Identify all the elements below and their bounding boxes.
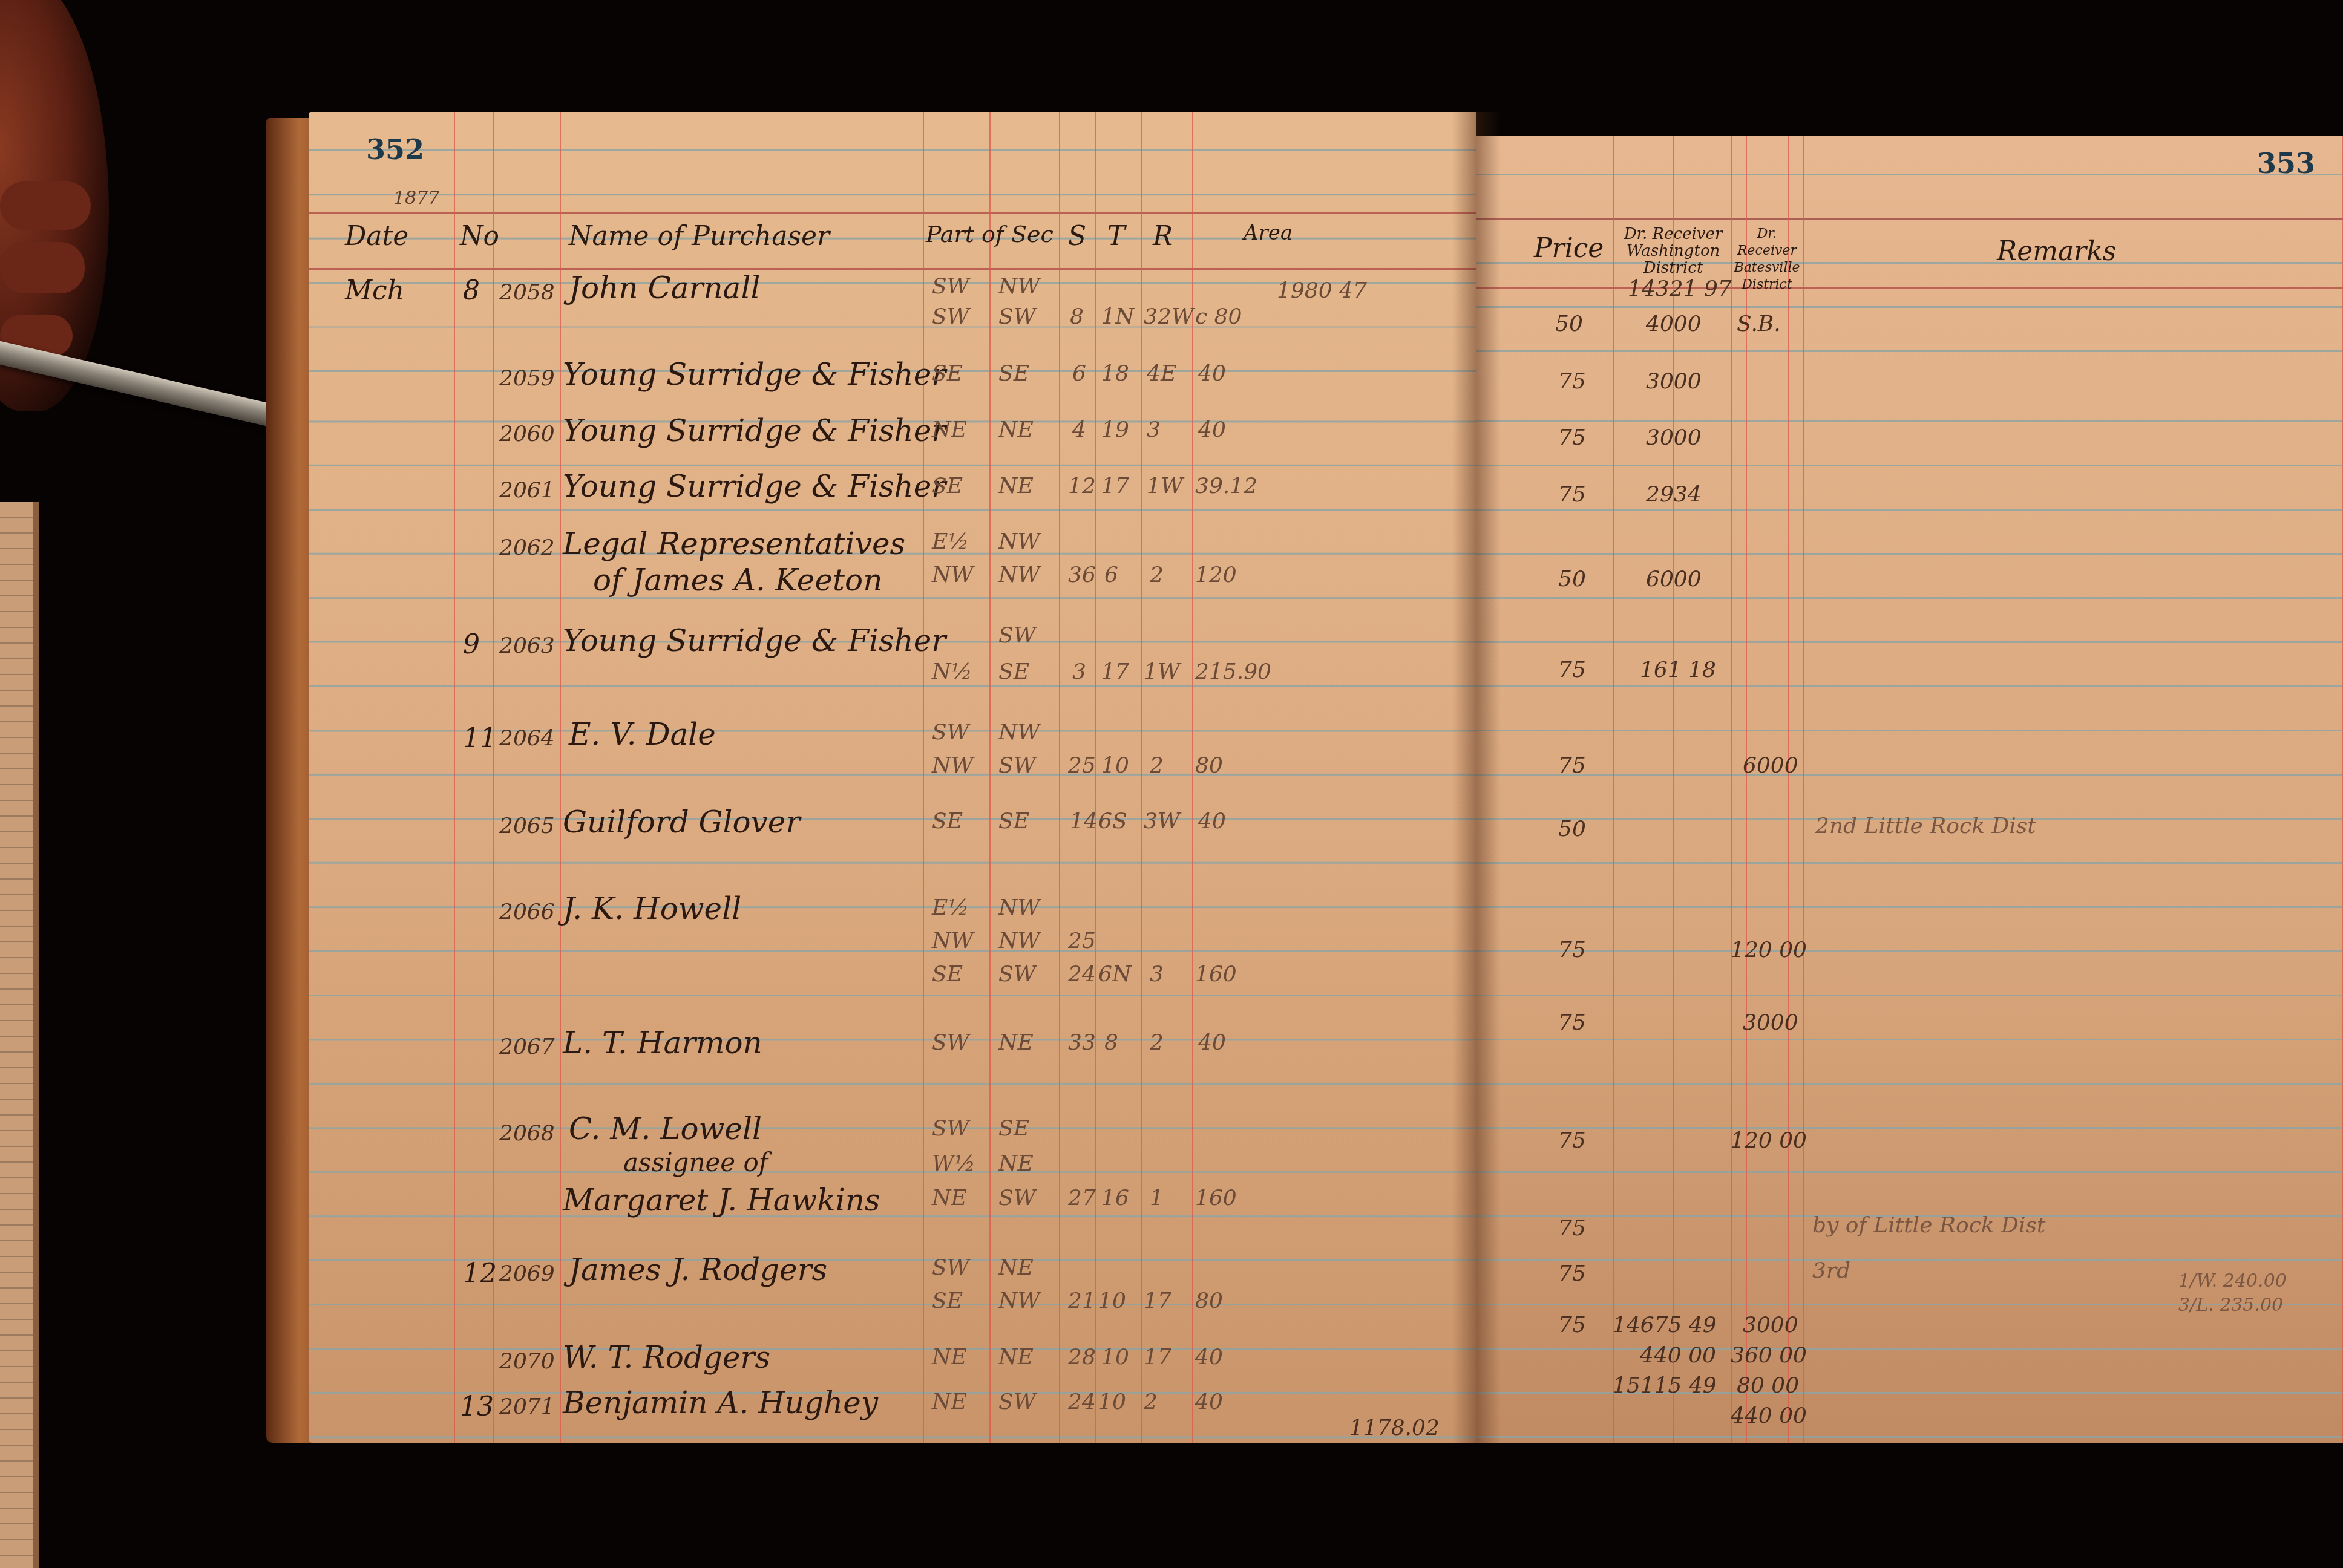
- header-no: No: [460, 221, 499, 252]
- part-quarter: NE: [932, 1186, 967, 1210]
- entry-number: 2060: [499, 422, 555, 446]
- township: 17: [1101, 659, 1129, 684]
- price: 75: [1558, 938, 1586, 962]
- entry-number: 2059: [499, 366, 555, 391]
- range: 2: [1144, 1390, 1158, 1414]
- batesville-amount: 6000: [1743, 753, 1798, 778]
- purchaser-name: E. V. Dale: [569, 717, 716, 752]
- washington-amount: 6000: [1646, 567, 1702, 592]
- entry-day: 9: [463, 629, 480, 660]
- section: 4: [1072, 417, 1086, 442]
- area: 40: [1198, 809, 1226, 834]
- washington-amount: 14321 97: [1628, 276, 1732, 301]
- entry-number: 2070: [499, 1349, 555, 1374]
- range: 2: [1150, 563, 1164, 587]
- right-page: 353 Price Dr. Receiver Washington Distri…: [1476, 136, 2343, 1443]
- purchaser-name: Benjamin A. Hughey: [563, 1385, 878, 1420]
- entry-day: 8: [463, 275, 480, 306]
- township: 6N: [1098, 962, 1131, 987]
- column-rule: [560, 112, 561, 1443]
- price: 50: [1558, 817, 1586, 841]
- part-quarter: SW: [932, 1030, 969, 1055]
- township: 8: [1104, 1030, 1118, 1055]
- area: 40: [1198, 417, 1226, 442]
- finger: [0, 181, 91, 230]
- part-of-section: SE: [998, 1116, 1029, 1141]
- header-area: Area: [1244, 221, 1293, 245]
- part-quarter: SW: [932, 304, 969, 329]
- part-quarter: E½: [932, 529, 969, 554]
- range: 1W: [1144, 659, 1180, 684]
- column-rule: [1788, 136, 1789, 1443]
- column-rule: [454, 112, 455, 1443]
- range: 4E: [1147, 361, 1176, 386]
- part-quarter: SE: [932, 962, 963, 987]
- column-rule: [923, 112, 924, 1443]
- entry-day: 13: [460, 1391, 494, 1422]
- area: 160: [1195, 1186, 1237, 1210]
- washington-amount: 4000: [1646, 312, 1702, 336]
- header-rule-bottom: [309, 268, 1476, 270]
- purchaser-name: W. T. Rodgers: [563, 1340, 770, 1375]
- remark-text: by of Little Rock Dist: [1812, 1213, 2045, 1238]
- part-quarter: SW: [932, 1116, 969, 1141]
- part-quarter: NE: [932, 1345, 967, 1370]
- column-rule: [1613, 136, 1614, 1443]
- range: 1W: [1147, 474, 1183, 498]
- column-rule: [1803, 136, 1804, 1443]
- part-quarter: SW: [932, 720, 969, 745]
- header-section: S: [1068, 221, 1086, 252]
- township: 16: [1101, 1186, 1129, 1210]
- price: 75: [1558, 753, 1586, 778]
- township: 10: [1101, 1345, 1129, 1370]
- page-number: 352: [366, 133, 424, 166]
- section: 33: [1068, 1030, 1096, 1055]
- header-township: T: [1107, 221, 1125, 252]
- part-of-section: SE: [998, 659, 1029, 684]
- part-of-section: NE: [998, 1255, 1034, 1280]
- purchaser-name-line3: Margaret J. Hawkins: [563, 1183, 880, 1218]
- purchaser-name: C. M. Lowell: [569, 1111, 762, 1146]
- township: 6S: [1098, 809, 1127, 834]
- part-quarter: SE: [932, 809, 963, 834]
- part-of-section: NE: [998, 1345, 1034, 1370]
- batesville-amount: 3000: [1743, 1010, 1798, 1035]
- township: 18: [1101, 361, 1129, 386]
- price: 50: [1558, 567, 1586, 592]
- area-running-total: 1980 47: [1277, 278, 1367, 303]
- price: 75: [1558, 369, 1586, 394]
- part-of-section: NW: [998, 929, 1040, 953]
- purchaser-name-line2: of James A. Keeton: [593, 563, 882, 598]
- township: 17: [1101, 474, 1129, 498]
- area: 40: [1198, 361, 1226, 386]
- part-quarter: SE: [932, 361, 963, 386]
- entry-day: 11: [463, 723, 497, 754]
- area: 40: [1195, 1390, 1223, 1414]
- area: 80: [1195, 753, 1223, 778]
- purchaser-name: Young Surridge & Fisher: [563, 623, 946, 658]
- batesville-amount: 120 00: [1731, 1128, 1807, 1153]
- range: 3: [1147, 417, 1161, 442]
- header-washington-district: Dr. Receiver Washington District: [1613, 226, 1734, 276]
- part-quarter: NW: [932, 929, 974, 953]
- part-quarter: NE: [932, 417, 967, 442]
- section: 24: [1068, 962, 1096, 987]
- purchaser-name: Legal Representatives: [563, 526, 905, 561]
- area: 160: [1195, 962, 1237, 987]
- area: 215.90: [1195, 659, 1271, 684]
- area: 120: [1195, 563, 1237, 587]
- entry-number: 2065: [499, 814, 555, 838]
- township: 1N: [1101, 304, 1134, 329]
- part-of-section: SE: [998, 809, 1029, 834]
- part-of-section: NE: [998, 417, 1034, 442]
- price: 75: [1558, 425, 1586, 450]
- part-quarter: SW: [932, 274, 969, 299]
- assignee-of-label: assignee of: [623, 1148, 768, 1177]
- range: 32W: [1144, 304, 1194, 329]
- margin-note: 1/W. 240.00: [2178, 1270, 2287, 1292]
- purchaser-name: Young Surridge & Fisher: [563, 413, 946, 448]
- part-quarter: SE: [932, 1289, 963, 1313]
- area: 40: [1195, 1345, 1223, 1370]
- ruled-lines: [309, 112, 1476, 1443]
- washington-amount: 161 18: [1640, 658, 1716, 682]
- entry-number: 2067: [499, 1034, 555, 1059]
- section: 24: [1068, 1390, 1096, 1414]
- washington-subtotal: 440 00: [1640, 1343, 1716, 1368]
- header-name: Name of Purchaser: [569, 221, 830, 252]
- purchaser-name: Young Surridge & Fisher: [563, 469, 946, 504]
- column-rule: [1141, 112, 1142, 1443]
- open-ledger: 352 1877 Date No Name of Purchaser Part …: [266, 112, 2106, 1455]
- part-quarter: W½: [932, 1151, 975, 1176]
- purchaser-name: James J. Rodgers: [569, 1252, 827, 1287]
- range: 2: [1150, 753, 1164, 778]
- entry-number: 2062: [499, 535, 555, 560]
- entry-day: 12: [463, 1258, 497, 1289]
- price: 75: [1558, 1010, 1586, 1035]
- part-quarter: SW: [932, 1255, 969, 1280]
- batesville-subtotal: 360 00: [1731, 1343, 1807, 1368]
- part-quarter: NW: [932, 563, 974, 587]
- part-of-section: NW: [998, 1289, 1040, 1313]
- price: 75: [1558, 482, 1586, 507]
- washington-amount: 2934: [1646, 482, 1702, 507]
- batesville-subtotal: 80 00: [1737, 1373, 1799, 1398]
- part-of-section: NW: [998, 529, 1040, 554]
- part-quarter: E½: [932, 895, 969, 920]
- entry-number: 2066: [499, 900, 555, 924]
- part-quarter: N½: [932, 659, 972, 684]
- column-rule: [989, 112, 991, 1443]
- area: c 80: [1195, 304, 1242, 329]
- area: 39.12: [1195, 474, 1257, 498]
- section: 25: [1068, 929, 1096, 953]
- range: 3: [1150, 962, 1164, 987]
- washington-amount: 14675 49: [1613, 1313, 1717, 1338]
- township: 10: [1098, 1390, 1126, 1414]
- section: 8: [1070, 304, 1084, 329]
- part-of-section: SW: [998, 1186, 1036, 1210]
- section: 14: [1070, 809, 1098, 834]
- part-of-section: SW: [998, 962, 1036, 987]
- header-part-of-sec: Part of Sec: [926, 221, 1054, 247]
- price: 50: [1555, 312, 1583, 336]
- header-rule-top: [309, 212, 1476, 214]
- section: 12: [1068, 474, 1096, 498]
- batesville-total: 440 00: [1731, 1403, 1807, 1428]
- range: 3W: [1144, 809, 1180, 834]
- header-date: Date: [345, 221, 408, 252]
- header-batesville-district: Dr. Receiver Batesville District: [1731, 226, 1803, 293]
- batesville-amount: S.B.: [1737, 312, 1781, 336]
- header-rule-top: [1476, 218, 2343, 220]
- entry-number: 2071: [499, 1394, 555, 1419]
- part-of-section: NW: [998, 720, 1040, 745]
- adjacent-volume-edge: [0, 502, 39, 1568]
- purchaser-name: L. T. Harmon: [563, 1025, 762, 1060]
- remark-text: 3rd: [1812, 1258, 1850, 1283]
- entry-number: 2064: [499, 726, 555, 751]
- header-range: R: [1153, 221, 1173, 252]
- header-price: Price: [1534, 233, 1604, 264]
- column-rule: [1731, 136, 1732, 1443]
- section: 27: [1068, 1186, 1096, 1210]
- range: 17: [1144, 1345, 1171, 1370]
- section: 6: [1072, 361, 1086, 386]
- part-of-section: NW: [998, 274, 1040, 299]
- price: 75: [1558, 1261, 1586, 1286]
- entry-number: 2069: [499, 1261, 555, 1286]
- header-rule-bottom: [1476, 287, 2343, 289]
- part-quarter: SE: [932, 474, 963, 498]
- part-of-section: NE: [998, 474, 1034, 498]
- area-total: 1178.02: [1349, 1416, 1440, 1440]
- price: 75: [1558, 1216, 1586, 1241]
- year-annotation: 1877: [393, 188, 439, 209]
- entry-number: 2068: [499, 1121, 555, 1146]
- part-of-section: NW: [998, 563, 1040, 587]
- entry-number: 2061: [499, 478, 555, 503]
- part-of-section: SW: [998, 753, 1036, 778]
- range: 17: [1144, 1289, 1171, 1313]
- part-of-section: SW: [998, 1390, 1036, 1414]
- township: 10: [1098, 1289, 1126, 1313]
- township: 10: [1101, 753, 1129, 778]
- entry-number: 2058: [499, 280, 555, 305]
- part-of-section: SW: [998, 304, 1036, 329]
- remark-text: 2nd Little Rock Dist: [1815, 814, 2036, 838]
- left-page: 352 1877 Date No Name of Purchaser Part …: [309, 112, 1476, 1443]
- part-of-section: SW: [998, 623, 1036, 648]
- section: 36: [1068, 563, 1096, 587]
- area: 80: [1195, 1289, 1223, 1313]
- price: 75: [1558, 658, 1586, 682]
- batesville-amount: 120 00: [1731, 938, 1807, 962]
- margin-note: 3/L. 235.00: [2178, 1295, 2283, 1316]
- page-number: 353: [2257, 147, 2315, 180]
- book-gutter: [1452, 112, 1501, 1443]
- washington-amount: 3000: [1646, 369, 1702, 394]
- part-quarter: NE: [932, 1390, 967, 1414]
- part-of-section: NE: [998, 1151, 1034, 1176]
- township: 6: [1104, 563, 1118, 587]
- purchaser-name: John Carnall: [569, 270, 760, 305]
- part-of-section: SE: [998, 361, 1029, 386]
- washington-total: 15115 49: [1613, 1373, 1717, 1398]
- column-rule: [493, 112, 494, 1443]
- finger: [0, 242, 85, 293]
- range: 2: [1150, 1030, 1164, 1055]
- section: 21: [1068, 1289, 1096, 1313]
- section: 25: [1068, 753, 1096, 778]
- purchaser-name: J. K. Howell: [563, 891, 741, 926]
- batesville-amount: 3000: [1743, 1313, 1798, 1338]
- part-of-section: NE: [998, 1030, 1034, 1055]
- header-remarks: Remarks: [1997, 236, 2116, 267]
- price: 75: [1558, 1128, 1586, 1153]
- part-of-section: NW: [998, 895, 1040, 920]
- entry-number: 2063: [499, 633, 555, 658]
- section: 28: [1068, 1345, 1096, 1370]
- entry-month: Mch: [345, 275, 404, 306]
- purchaser-name: Young Surridge & Fisher: [563, 357, 946, 392]
- part-quarter: NW: [932, 753, 974, 778]
- purchaser-name: Guilford Glover: [563, 805, 800, 840]
- section: 3: [1072, 659, 1086, 684]
- range: 1: [1150, 1186, 1164, 1210]
- column-rule: [1059, 112, 1060, 1443]
- washington-amount: 3000: [1646, 425, 1702, 450]
- price: 75: [1558, 1313, 1586, 1338]
- ruled-lines: [1476, 136, 2343, 1443]
- township: 19: [1101, 417, 1129, 442]
- area: 40: [1198, 1030, 1226, 1055]
